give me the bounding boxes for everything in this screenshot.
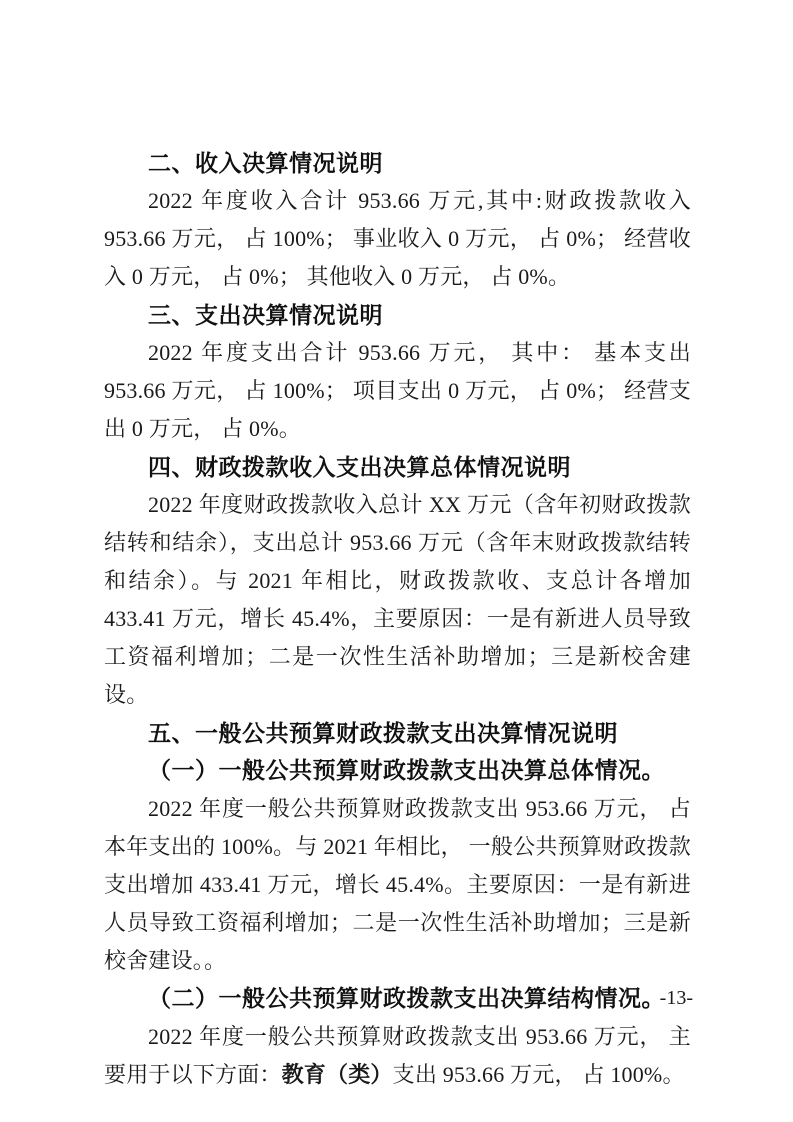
section-5-heading: 五、一般公共预算财政拨款支出决算情况说明: [104, 714, 691, 752]
section-5-sub-2-heading: （二）一般公共预算财政拨款支出决算结构情况。: [104, 980, 691, 1018]
document-page: 二、收入决算情况说明 2022 年度收入合计 953.66 万元,其中:财政拨款…: [0, 0, 793, 1122]
section-5-sub-2-paragraph-suffix: 支出 953.66 万元， 占 100%。: [393, 1062, 685, 1087]
page-number: -13-: [660, 985, 693, 1011]
section-5-sub-2-paragraph-bold-term: 教育（类）: [282, 1062, 393, 1087]
section-5-sub-2-paragraph: 2022 年度一般公共预算财政拨款支出 953.66 万元， 主要用于以下方面：…: [104, 1018, 691, 1094]
section-5-sub-1-heading: （一）一般公共预算财政拨款支出决算总体情况。: [104, 752, 691, 790]
section-4-heading: 四、财政拨款收入支出决算总体情况说明: [104, 448, 691, 486]
section-2-heading: 二、收入决算情况说明: [104, 144, 691, 182]
section-5-sub-1-paragraph: 2022 年度一般公共预算财政拨款支出 953.66 万元， 占本年支出的 10…: [104, 790, 691, 980]
section-2-paragraph: 2022 年度收入合计 953.66 万元,其中:财政拨款收入 953.66 万…: [104, 182, 691, 296]
section-4-paragraph: 2022 年度财政拨款收入总计 XX 万元（含年初财政拨款结转和结余），支出总计…: [104, 486, 691, 714]
section-3-heading: 三、支出决算情况说明: [104, 296, 691, 334]
section-3-paragraph: 2022 年度支出合计 953.66 万元， 其中： 基本支出 953.66 万…: [104, 334, 691, 448]
document-content: 二、收入决算情况说明 2022 年度收入合计 953.66 万元,其中:财政拨款…: [104, 144, 691, 1094]
